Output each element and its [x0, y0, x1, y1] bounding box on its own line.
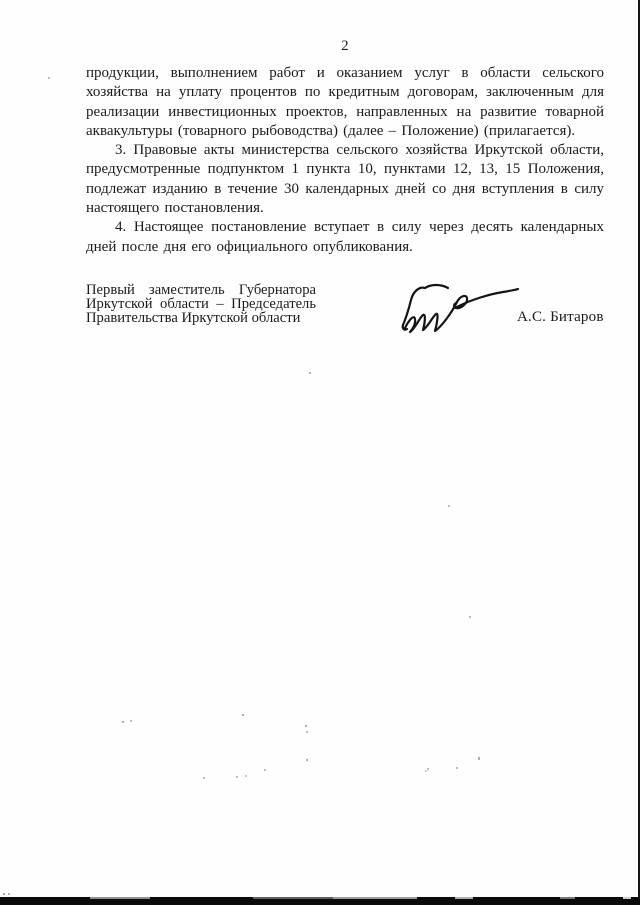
- signatory-title-line: Иркутской области – Председатель: [86, 297, 316, 311]
- signatory-name: А.С. Битаров: [517, 309, 604, 326]
- scan-edge-segment: [333, 897, 417, 899]
- scan-speckle: [305, 725, 307, 727]
- scan-speckle: [448, 505, 450, 507]
- scan-speckle: [306, 731, 308, 733]
- scan-speckle: [264, 769, 266, 771]
- document-body: продукции, выполнением работ и оказанием…: [86, 64, 604, 257]
- paragraph: продукции, выполнением работ и оказанием…: [86, 64, 604, 141]
- scan-speckle: [456, 767, 458, 769]
- scan-speckle: [122, 721, 124, 723]
- paragraph: 4. Настоящее постановление вступает в си…: [86, 218, 604, 257]
- scan-speckle: [427, 768, 429, 770]
- signature-block: Первый заместитель Губернатора Иркутской…: [86, 283, 316, 326]
- scan-speckle: [130, 720, 132, 722]
- scan-speckle: [306, 759, 308, 761]
- scan-speckle: [236, 776, 238, 778]
- handwritten-signature: [395, 282, 525, 337]
- scan-speckle: [469, 616, 471, 618]
- scan-edge-segment: [455, 897, 473, 899]
- scan-edge-segment: [623, 897, 631, 899]
- scan-speckle: [3, 893, 5, 895]
- page-number: 2: [86, 38, 604, 55]
- paragraph: 3. Правовые акты министерства сельского …: [86, 141, 604, 218]
- scan-edge-segment: [560, 897, 575, 899]
- scan-speckle: [309, 372, 311, 374]
- scan-speckle: [245, 775, 247, 777]
- scan-speckle: [48, 77, 50, 79]
- signatory-title-line: Первый заместитель Губернатора: [86, 283, 316, 297]
- scan-speckle: [425, 770, 427, 772]
- signatory-title-line: Правительства Иркутской области: [86, 311, 316, 325]
- scan-speckle: [478, 757, 480, 760]
- scan-speckle: [8, 893, 10, 895]
- scan-edge-bottom: [0, 897, 640, 905]
- scan-edge-segment: [90, 897, 150, 899]
- document-page: 2 продукции, выполнением работ и оказани…: [0, 0, 640, 905]
- scan-speckle: [242, 714, 244, 716]
- scan-speckle: [203, 777, 205, 779]
- scan-edge-segment: [253, 897, 333, 899]
